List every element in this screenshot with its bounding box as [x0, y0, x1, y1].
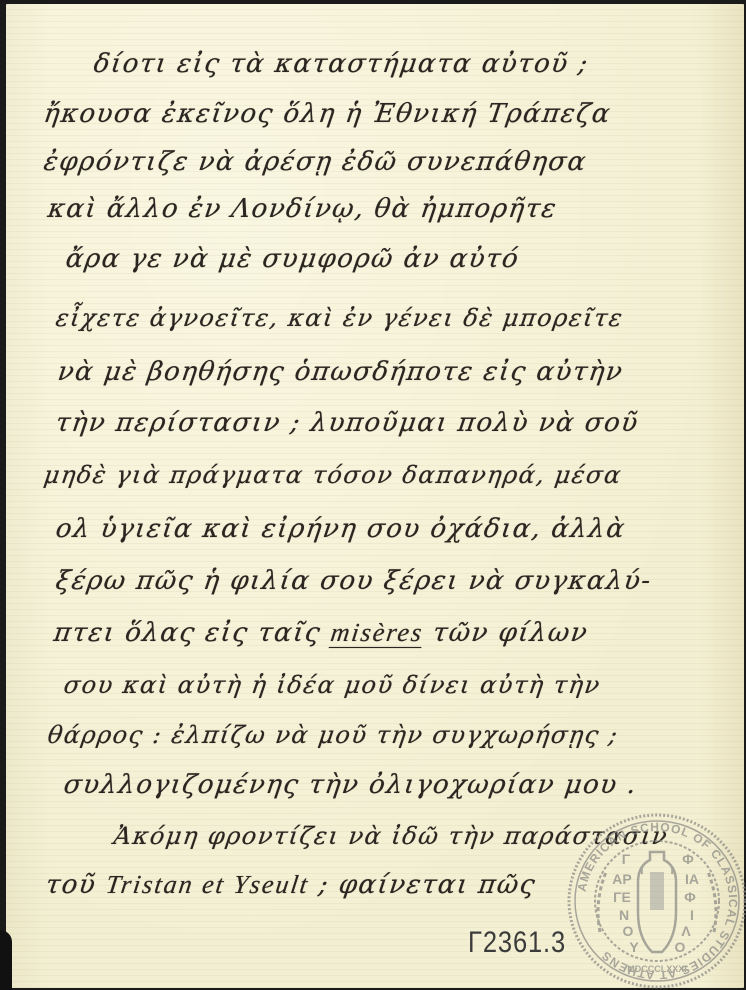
- archive-reference-number: Γ2361.3: [468, 926, 566, 960]
- line-12-greek-after: τῶν φίλων: [431, 618, 590, 648]
- handwritten-line-3: ἐφρόντιζε νὰ ἀρέσῃ ἐδῶ συνεπάθησα: [42, 147, 589, 177]
- svg-text:ΑΡ: ΑΡ: [612, 871, 631, 887]
- handwritten-line-5: ἄρα γε νὰ μὲ συμφορῶ ἀν αὐτό: [64, 244, 521, 274]
- french-word-miseres: misères: [329, 618, 426, 647]
- svg-text:Λ: Λ: [681, 923, 691, 939]
- handwritten-line-13: σου καὶ αὐτὴ ἡ ἰδέα μοῦ δίνει αὐτὴ τὴν: [62, 671, 603, 699]
- handwritten-line-1: δίοτι εἰς τὰ καταστήματα αὐτοῦ ;: [92, 49, 591, 79]
- svg-text:Φ: Φ: [684, 889, 696, 905]
- handwritten-line-12: πτει ὅλας εἰς ταῖς misères τῶν φίλων: [52, 618, 590, 648]
- svg-text:Ν: Ν: [619, 907, 629, 923]
- letter-page: δίοτι εἰς τὰ καταστήματα αὐτοῦ ; ἤκουσα …: [6, 4, 744, 988]
- line-17-greek-after: ; φαίνεται πῶς: [317, 870, 538, 900]
- svg-text:ΓΕ: ΓΕ: [613, 889, 631, 905]
- handwritten-line-15: συλλογιζομένης τὴν ὀλιγοχωρίαν μου .: [62, 770, 639, 800]
- handwritten-line-9: μηδὲ γιὰ πράγματα τόσον δαπανηρά, μέσα: [42, 461, 624, 489]
- svg-text:MDCCCLXXXI: MDCCCLXXXI: [627, 964, 687, 974]
- scan-edge-shadow: [0, 930, 12, 990]
- french-title-tristan-et-yseult: Tristan et Yseult: [104, 870, 311, 899]
- svg-text:Γ: Γ: [622, 851, 631, 867]
- svg-text:Ο: Ο: [623, 923, 634, 939]
- svg-text:Ο: Ο: [675, 939, 686, 955]
- handwritten-line-4: καὶ ἄλλο ἐν Λονδίνῳ, θὰ ἠμπορῆτε: [46, 194, 559, 224]
- svg-text:ΙΑ: ΙΑ: [685, 871, 699, 887]
- handwritten-line-2: ἤκουσα ἐκεῖνος ὅλη ἡ Ἐθνική Τράπεζα: [42, 99, 613, 129]
- line-12-greek-before: πτει ὅλας εἰς ταῖς: [52, 618, 323, 648]
- line-17-greek-before: τοῦ: [44, 870, 99, 900]
- svg-text:Υ: Υ: [629, 939, 639, 955]
- svg-text:Φ: Φ: [682, 851, 694, 867]
- handwritten-line-6: εἶχετε ἀγνοεῖτε, καὶ ἐν γένει δὲ μπορεῖτ…: [54, 304, 625, 332]
- institutional-seal-icon: AMERICAN SCHOOL OF CLASSICAL STUDIES AT …: [566, 812, 746, 990]
- handwritten-line-8: τὴν περίστασιν ; λυποῦμαι πολὺ νὰ σοῦ: [54, 408, 641, 438]
- svg-text:Ι: Ι: [690, 907, 694, 923]
- handwritten-line-14: θάρρος : ἐλπίζω νὰ μοῦ τὴν συγχωρήσῃς ;: [46, 721, 620, 749]
- handwritten-line-7: νὰ μὲ βοηθήσης ὁπωσδήποτε εἰς αὐτὴν: [56, 357, 625, 387]
- handwritten-line-10: ολ ὑγιεῖα καὶ εἰρήνη σου ὀχάδια, ἀλλὰ: [54, 514, 628, 544]
- handwritten-line-17: τοῦ Tristan et Yseult ; φαίνεται πῶς: [44, 870, 538, 900]
- handwritten-line-11: ξέρω πῶς ἡ φιλία σου ξέρει νὰ συγκαλύ-: [54, 566, 654, 596]
